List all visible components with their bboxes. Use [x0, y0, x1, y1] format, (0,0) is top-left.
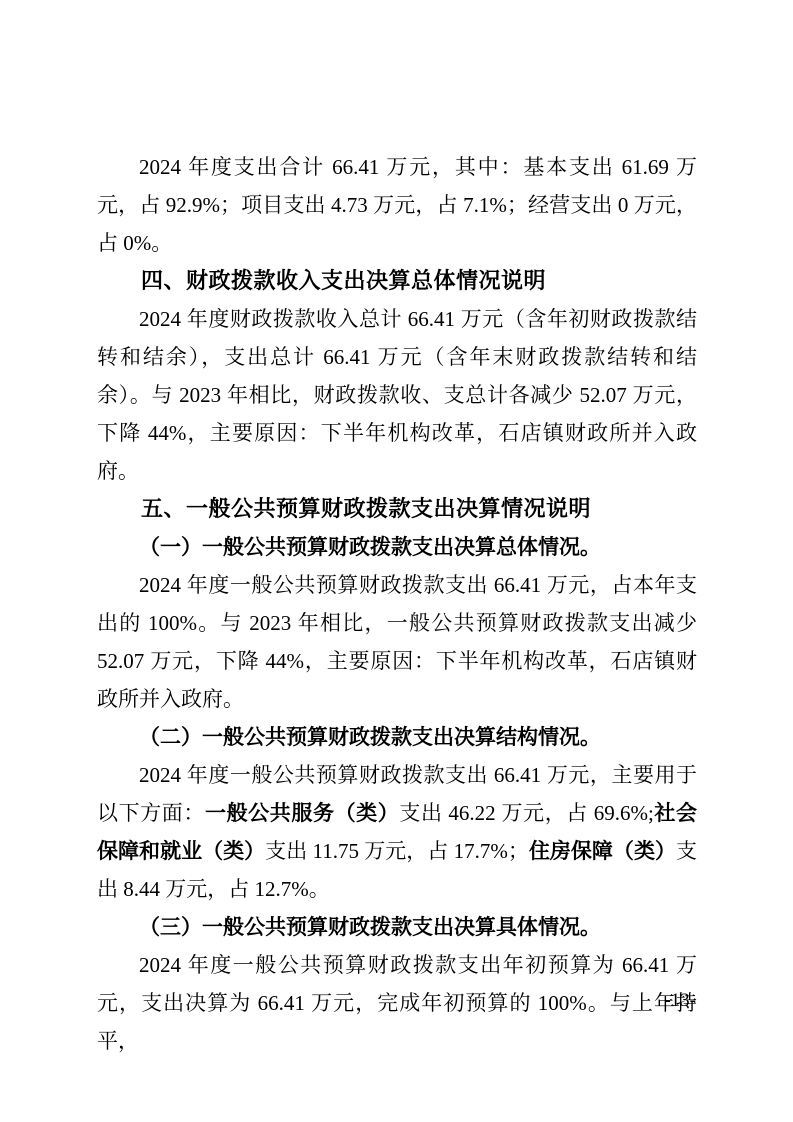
paragraph-expenditure-structure: 2024 年度一般公共预算财政拨款支出 66.41 万元，主要用于以下方面：一般… [97, 756, 697, 908]
section-heading-5-public-budget-expenditure: 五、一般公共预算财政拨款支出决算情况说明 [97, 490, 697, 528]
paragraph-expenditure-total: 2024 年度支出合计 66.41 万元，其中：基本支出 61.69 万元，占 … [97, 148, 697, 262]
category-general-public-services: 一般公共服务（类） [205, 801, 399, 825]
document-body: 2024 年度支出合计 66.41 万元，其中：基本支出 61.69 万元，占 … [97, 148, 697, 1060]
section-heading-4-fiscal-appropriation-overview: 四、财政拨款收入支出决算总体情况说明 [97, 262, 697, 300]
paragraph-fiscal-appropriation-overview: 2024 年度财政拨款收入总计 66.41 万元（含年初财政拨款结转和结余），支… [97, 300, 697, 490]
subsection-heading-5-2-structure-situation: （二）一般公共预算财政拨款支出决算结构情况。 [97, 718, 697, 756]
category-housing-security: 住房保障（类） [529, 839, 676, 863]
subsection-heading-5-3-specific-situation: （三）一般公共预算财政拨款支出决算具体情况。 [97, 908, 697, 946]
page-number: -13- [664, 988, 696, 1014]
paragraph-budget-vs-final-accounts: 2024 年度一般公共预算财政拨款支出年初预算为 66.41 万元，支出决算为 … [97, 946, 697, 1060]
social-security-employment-amount: 支出 11.75 万元，占 17.7%； [265, 839, 529, 863]
paragraph-public-budget-overall: 2024 年度一般公共预算财政拨款支出 66.41 万元，占本年支出的 100%… [97, 566, 697, 718]
general-public-services-amount: 支出 46.22 万元，占 69.6%; [399, 801, 653, 825]
subsection-heading-5-1-overall-situation: （一）一般公共预算财政拨款支出决算总体情况。 [97, 528, 697, 566]
document-page: 2024 年度支出合计 66.41 万元，其中：基本支出 61.69 万元，占 … [0, 0, 793, 1122]
